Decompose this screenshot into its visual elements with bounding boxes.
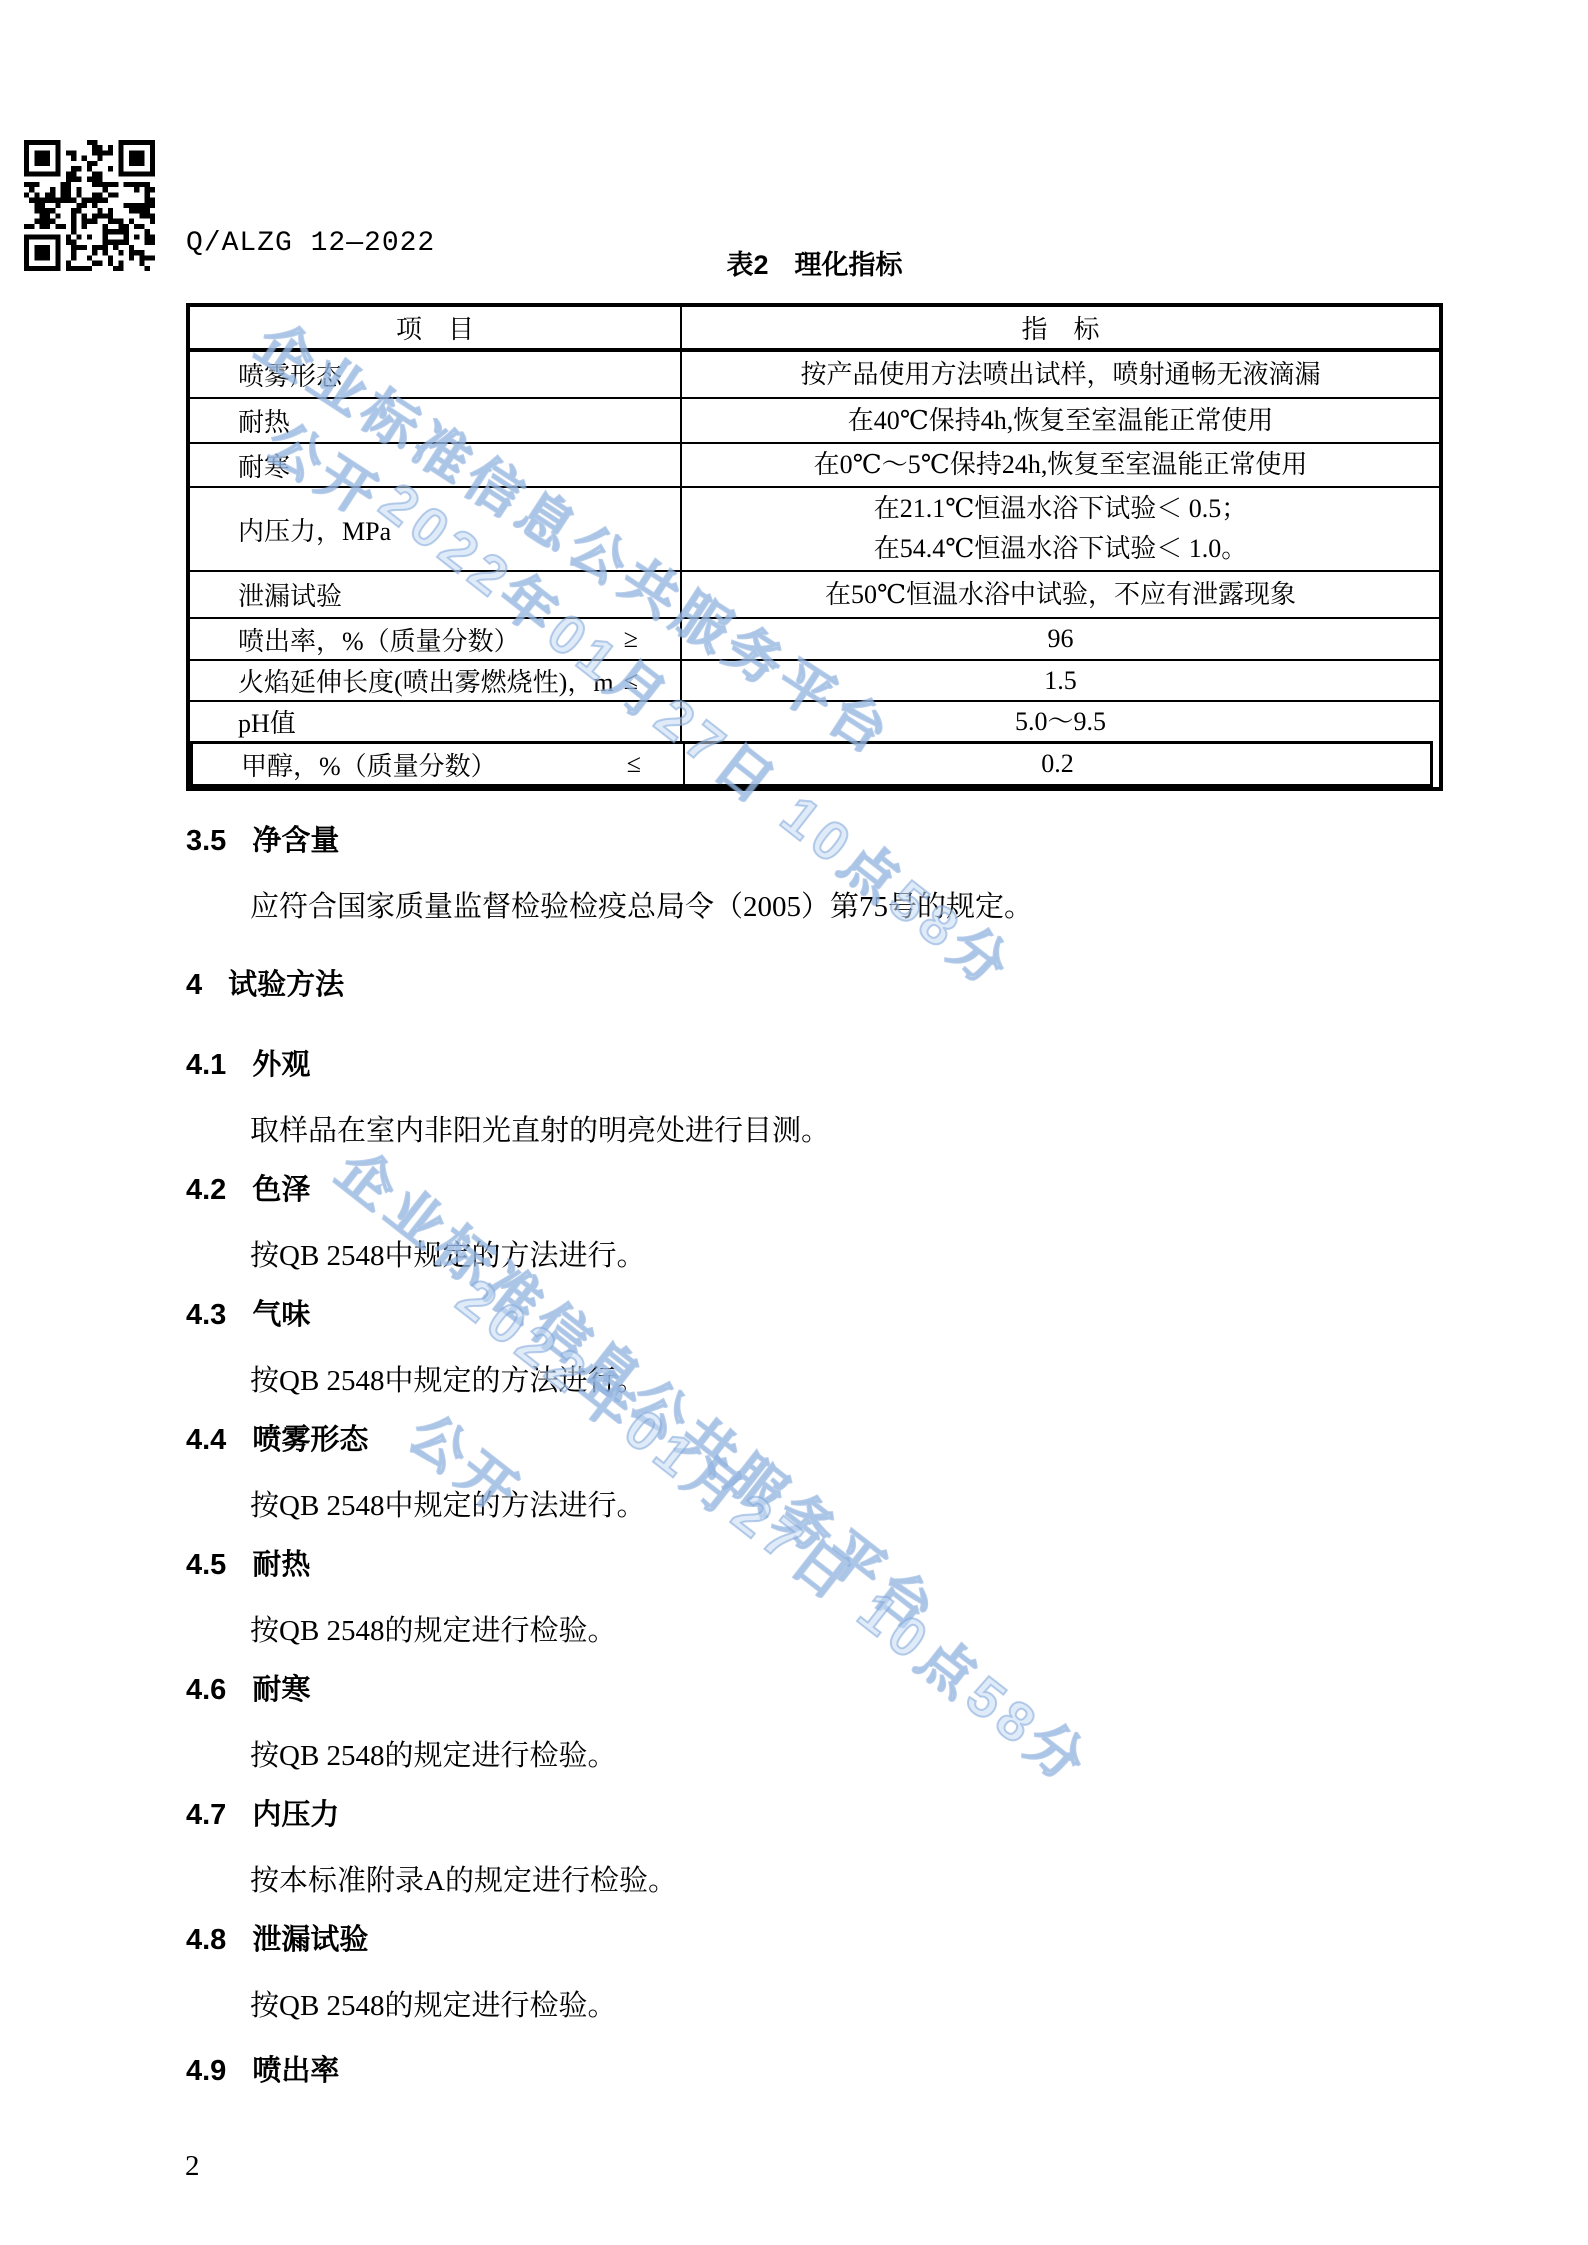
section-number: 4.4	[186, 1424, 226, 1456]
item-label: 喷雾形态	[238, 356, 342, 393]
table-cell-spec: 按产品使用方法喷出试样，喷射通畅无液滴漏	[682, 352, 1439, 397]
table-row: pH值 5.0～9.5	[190, 700, 1439, 741]
table-header-row: 项 目 指 标	[190, 307, 1439, 352]
section-title: 内压力	[252, 1799, 339, 1831]
spec-line: 在21.1℃恒温水浴下试验＜ 0.5；	[874, 489, 1248, 529]
section-heading: 4.3气味	[186, 1292, 310, 1333]
section-body: 应符合国家质量监督检验检疫总局令（2005）第75号的规定。	[250, 884, 1033, 925]
table-number: 表2	[726, 250, 768, 280]
table-cell-spec: 96	[682, 619, 1439, 659]
table-cell-spec: 在50℃恒温水浴中试验，不应有泄露现象	[682, 572, 1439, 617]
spec-line: 0.2	[1041, 744, 1074, 784]
item-label: 甲醇，%（质量分数）	[241, 746, 497, 783]
section-number: 4.7	[186, 1799, 226, 1831]
table-cell-item: 喷出率，%（质量分数） ≥	[190, 619, 682, 659]
section-title: 净含量	[252, 825, 339, 857]
section-number: 4.6	[186, 1674, 226, 1706]
table-row: 甲醇，%（质量分数） ≤ 0.2	[190, 741, 1433, 787]
section-number: 4.3	[186, 1299, 226, 1331]
spec-line: 在0℃～5℃保持24h,恢复至室温能正常使用	[814, 445, 1308, 485]
table-cell-item: 耐热	[190, 399, 682, 442]
section-number: 4.2	[186, 1174, 226, 1206]
watermark-datetime-text: 2022年01月27日 10点58分	[443, 1256, 1109, 1801]
section-heading: 4.8泄漏试验	[186, 1917, 368, 1958]
table-row: 内压力，MPa 在21.1℃恒温水浴下试验＜ 0.5；在54.4℃恒温水浴下试验…	[190, 486, 1439, 570]
section-heading: 4试验方法	[186, 962, 344, 1003]
section-number: 4.1	[186, 1049, 226, 1081]
spec-line: 按产品使用方法喷出试样，喷射通畅无液滴漏	[800, 355, 1320, 395]
table-row: 火焰延伸长度(喷出雾燃烧性)，m ≤ 1.5	[190, 659, 1439, 700]
table-cell-item: 甲醇，%（质量分数） ≤	[193, 744, 685, 784]
section-heading: 4.6耐寒	[186, 1667, 310, 1708]
table-cell-spec: 在21.1℃恒温水浴下试验＜ 0.5；在54.4℃恒温水浴下试验＜ 1.0。	[682, 488, 1439, 570]
item-label: 喷出率，%（质量分数）	[238, 621, 520, 658]
col-header-spec: 指 标	[682, 307, 1439, 348]
section-heading: 4.5耐热	[186, 1542, 310, 1583]
table-cell-item: 泄漏试验	[190, 572, 682, 617]
section-title: 气味	[252, 1299, 310, 1331]
section-title: 喷雾形态	[252, 1424, 368, 1456]
section-body: 按QB 2548的规定进行检验。	[250, 1983, 617, 2024]
section-heading: 3.5净含量	[186, 818, 339, 859]
section-body: 取样品在室内非阳光直射的明亮处进行目测。	[250, 1108, 830, 1149]
section-heading: 4.1外观	[186, 1042, 310, 1083]
item-label: 耐寒	[238, 447, 290, 484]
spec-line: 在50℃恒温水浴中试验，不应有泄露现象	[825, 575, 1296, 615]
table-cell-spec: 0.2	[685, 744, 1430, 784]
item-label: 泄漏试验	[238, 576, 342, 613]
page-number: 2	[185, 2150, 200, 2183]
section-number: 4	[186, 969, 202, 1001]
spec-line: 在40℃保持4h,恢复至室温能正常使用	[848, 401, 1274, 441]
table-cell-spec: 在40℃保持4h,恢复至室温能正常使用	[682, 399, 1439, 442]
section-number: 4.5	[186, 1549, 226, 1581]
item-symbol: ≤	[619, 749, 641, 779]
section-number: 3.5	[186, 825, 226, 857]
section-title: 泄漏试验	[252, 1924, 368, 1956]
table-cell-spec: 1.5	[682, 661, 1439, 700]
section-body: 按QB 2548中规定的方法进行。	[250, 1358, 646, 1399]
table-row: 耐寒 在0℃～5℃保持24h,恢复至室温能正常使用	[190, 442, 1439, 486]
spec-line: 96	[1048, 619, 1074, 659]
section-title: 外观	[252, 1049, 310, 1081]
table-cell-item: 耐寒	[190, 444, 682, 486]
item-label: 内压力，MPa	[238, 511, 391, 548]
section-body: 按QB 2548的规定进行检验。	[250, 1608, 617, 1649]
section-body: 按QB 2548的规定进行检验。	[250, 1733, 617, 1774]
section-heading: 4.9喷出率	[186, 2048, 339, 2089]
section-title: 试验方法	[228, 969, 344, 1001]
item-symbol: ≥	[616, 624, 638, 654]
qr-code	[24, 140, 155, 271]
col-header-item: 项 目	[190, 307, 682, 348]
section-title: 色泽	[252, 1174, 310, 1206]
item-label: 火焰延伸长度(喷出雾燃烧性)，m	[238, 662, 614, 699]
table-cell-item: 内压力，MPa	[190, 488, 682, 570]
table-caption: 表2理化指标	[186, 243, 1443, 282]
table-row: 喷雾形态 按产品使用方法喷出试样，喷射通畅无液滴漏	[190, 352, 1439, 397]
section-title: 耐寒	[252, 1674, 310, 1706]
table-row: 泄漏试验 在50℃恒温水浴中试验，不应有泄露现象	[190, 570, 1439, 617]
spec-table: 项 目 指 标 喷雾形态 按产品使用方法喷出试样，喷射通畅无液滴漏 耐热 在40…	[186, 303, 1443, 791]
section-body: 按本标准附录A的规定进行检验。	[250, 1858, 677, 1899]
item-label: 耐热	[238, 402, 290, 439]
section-number: 4.9	[186, 2055, 226, 2087]
item-symbol: ≤	[616, 666, 638, 696]
table-body: 喷雾形态 按产品使用方法喷出试样，喷射通畅无液滴漏 耐热 在40℃保持4h,恢复…	[190, 352, 1439, 787]
table-row: 耐热 在40℃保持4h,恢复至室温能正常使用	[190, 397, 1439, 442]
spec-line: 1.5	[1044, 661, 1077, 701]
section-body: 按QB 2548中规定的方法进行。	[250, 1233, 646, 1274]
spec-line: 5.0～9.5	[1015, 702, 1106, 742]
section-title: 喷出率	[252, 2055, 339, 2087]
table-cell-item: pH值	[190, 702, 682, 741]
section-title: 耐热	[252, 1549, 310, 1581]
table-cell-item: 喷雾形态	[190, 352, 682, 397]
table-row: 喷出率，%（质量分数） ≥ 96	[190, 617, 1439, 659]
spec-line: 在54.4℃恒温水浴下试验＜ 1.0。	[874, 529, 1248, 569]
table-title: 理化指标	[795, 250, 903, 280]
section-body: 按QB 2548中规定的方法进行。	[250, 1483, 646, 1524]
document-page: Q/ALZG 12—2022 表2理化指标 项 目 指 标 喷雾形态 按产品使用…	[0, 0, 1588, 2245]
section-heading: 4.4喷雾形态	[186, 1417, 368, 1458]
table-cell-item: 火焰延伸长度(喷出雾燃烧性)，m ≤	[190, 661, 682, 700]
section-heading: 4.7内压力	[186, 1792, 339, 1833]
table-cell-spec: 5.0～9.5	[682, 702, 1439, 741]
item-label: pH值	[238, 703, 296, 740]
section-heading: 4.2色泽	[186, 1167, 310, 1208]
table-cell-spec: 在0℃～5℃保持24h,恢复至室温能正常使用	[682, 444, 1439, 486]
section-number: 4.8	[186, 1924, 226, 1956]
